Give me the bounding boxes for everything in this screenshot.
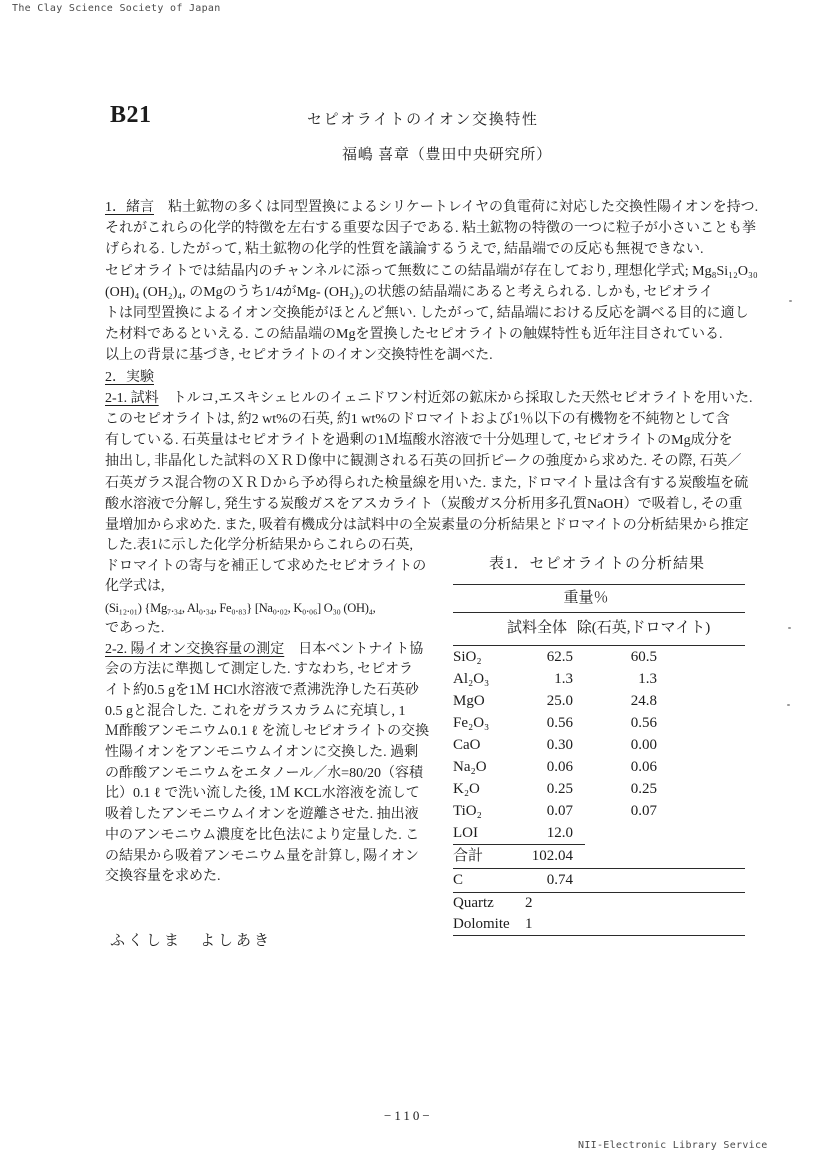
text-line: 1．緒言 粘土鉱物の多くは同型置換によるシリケートレイヤの負電荷に対応した交換性… — [105, 197, 755, 218]
text-line: 日本ベントナイト協 — [284, 642, 423, 657]
text-line: 粘土鉱物の多くは同型置換によるシリケートレイヤの負電荷に対応した交換性陽イオンを… — [154, 200, 758, 215]
page: The Clay Science Society of Japan B21 セピ… — [0, 0, 827, 1170]
text-line: 石英ガラス混合物のＸＲＤから予め得られた検量線を用いた. また, ドロマイト量は… — [105, 473, 755, 494]
text-line: 吸着したアンモニウムイオンを遊離させた. 抽出液 — [105, 805, 440, 826]
column-header-excl: 除(石英,ドロマイト) — [577, 620, 710, 636]
text-line: 酸水溶液で分解し, 発生する炭酸ガスをアスカライト（炭酸ガス分析用多孔質NaOH… — [105, 494, 755, 515]
chemical-formula: (Si₁₂.₀₁) {Mg₇.₃₄, Al₀.₃₄, Fe₀.₈₃} [Na₀.… — [105, 598, 440, 619]
mineral-row: Dolomite1 — [453, 914, 745, 935]
page-number: −110− — [384, 1108, 433, 1124]
text-line: (OH)₄ (OH₂)₄, のMgのうち1/4がMg- (OH₂)₂の状態の結晶… — [105, 282, 755, 303]
text-line: げられる. したがって, 粘土鉱物の化学的性質を議論するうえで, 結晶端での反応… — [105, 239, 755, 260]
text-line: Ｍ酢酸アンモニウム0.1 ℓ を流しセピオライトの交換 — [105, 722, 440, 743]
text-line: の酢酸アンモニウムをエタノール／水=80/20（容積 — [105, 764, 440, 785]
table-row: LOI12.0 — [453, 822, 745, 844]
text-line: それがこれらの化学的特徴を左右する重要な因子である. 粘土鉱物の特徴の一つに粒子… — [105, 218, 755, 239]
author-kana: ふくしま よしあき — [110, 929, 272, 950]
table-row: MgO25.024.8 — [453, 690, 745, 712]
text-line: 2-2. 陽イオン交換容量の測定 日本ベントナイト協 — [105, 640, 440, 661]
table-row: K₂O0.250.25 — [453, 778, 745, 800]
table-row: Fe₂O₃0.560.56 — [453, 712, 745, 734]
author-line: 福嶋 喜章（豊田中央研究所） — [342, 143, 552, 164]
section-heading: 2-2. 陽イオン交換容量の測定 — [105, 642, 284, 657]
text-line: 会の方法に準拠して測定した. すなわち, セピオラ — [105, 660, 440, 681]
scan-speck — [787, 704, 790, 706]
unit-header: 重量％ — [453, 585, 745, 612]
scan-speck — [789, 300, 792, 302]
section-heading: 1．緒言 — [105, 200, 154, 215]
text-line: 抽出し, 非晶化した試料のＸＲＤ像中に観測される石英の回折ピークの強度から求めた… — [105, 451, 755, 472]
table-title: 表1．セピオライトの分析結果 — [489, 552, 745, 573]
text-line: 中のアンモニウム濃度を比色法により定量した. こ — [105, 826, 440, 847]
text-line: であった. — [105, 619, 440, 640]
table-row: Na₂O0.060.06 — [453, 756, 745, 778]
text-line: ドロマイトの寄与を補正して求めたセピオライトの — [105, 557, 440, 578]
scan-speck — [788, 627, 791, 629]
text-line: 0.5 gと混合した. これをガラスカラムに充填し, 1 — [105, 702, 440, 723]
column-header-row: 試料全体 除(石英,ドロマイト) — [453, 613, 745, 645]
body-full-width: 1．緒言 粘土鉱物の多くは同型置換によるシリケートレイヤの負電荷に対応した交換性… — [105, 197, 755, 536]
text-line: 2-1. 試料 トルコ,エスキシェヒルのイェニドワン村近郊の鉱床から採取した天然… — [105, 388, 755, 409]
section-heading: 2-1. 試料 — [105, 391, 159, 406]
society-header: The Clay Science Society of Japan — [12, 3, 221, 14]
text-line: 交換容量を求めた. — [105, 867, 440, 888]
total-row: 合計102.04 — [453, 845, 745, 868]
text-line: 比）0.1 ℓ で洗い流した後, 1Ｍ KCL水溶液を流して — [105, 784, 440, 805]
table-row: Al₂O₃1.31.3 — [453, 668, 745, 690]
text-line: 有している. 石英量はセピオライトを過剰の1Ｍ塩酸水溶液で十分処理して, セピオ… — [105, 430, 755, 451]
text-line: トは同型置換によるイオン交換能がほとんど無い. したがって, 結晶端における反応… — [105, 303, 755, 324]
session-code: B21 — [110, 102, 152, 129]
text-line: セピオライトでは結晶内のチャンネルに添って無数にこの結晶端が存在しており, 理想… — [105, 261, 755, 282]
section-heading: 2．実験 — [105, 370, 154, 385]
text-line: 性陽イオンをアンモニウムイオンに交換した. 過剰 — [105, 743, 440, 764]
text-line: イト約0.5 gを1Ｍ HCl水溶液で煮沸洗浄した石英砂 — [105, 681, 440, 702]
paper-title: セピオライトのイオン交換特性 — [307, 108, 539, 129]
table-rule-bottom — [453, 935, 745, 936]
table-row: TiO₂0.070.07 — [453, 800, 745, 822]
body-left-column: した.表1に示した化学分析結果からこれらの石英, ドロマイトの寄与を補正して求め… — [105, 536, 440, 888]
table-row: SiO₂62.560.5 — [453, 646, 745, 668]
text-line: 以上の背景に基づき, セピオライトのイオン交換特性を調べた. — [105, 345, 755, 366]
text-line: た材料であるといえる. この結晶端のMgを置換したセピオライトの触媒特性も近年注… — [105, 324, 755, 345]
mineral-row: Quartz2 — [453, 893, 745, 914]
nii-service-credit: NII-Electronic Library Service — [578, 1140, 768, 1151]
text-line: このセピオライトは, 約2 wt%の石英, 約1 wt%のドロマイトおよび1％以… — [105, 409, 755, 430]
carbon-row: C0.74 — [453, 869, 745, 892]
text-line: の結果から吸着アンモニウム量を計算し, 陽イオン — [105, 847, 440, 868]
analysis-table: 表1．セピオライトの分析結果 重量％ 試料全体 除(石英,ドロマイト) SiO₂… — [453, 552, 745, 936]
text-line: 量増加から求めた. また, 吸着有機成分は試料中の全炭素量の分析結果とドロマイト… — [105, 515, 755, 536]
column-header-whole: 試料全体 — [507, 620, 567, 636]
text-line: 化学式は, — [105, 577, 440, 598]
text-line: 2．実験 — [105, 367, 755, 388]
text-line: トルコ,エスキシェヒルのイェニドワン村近郊の鉱床から採取した天然セピオライトを用… — [159, 391, 753, 406]
text-line: した.表1に示した化学分析結果からこれらの石英, — [105, 536, 440, 557]
table-row: CaO0.300.00 — [453, 734, 745, 756]
